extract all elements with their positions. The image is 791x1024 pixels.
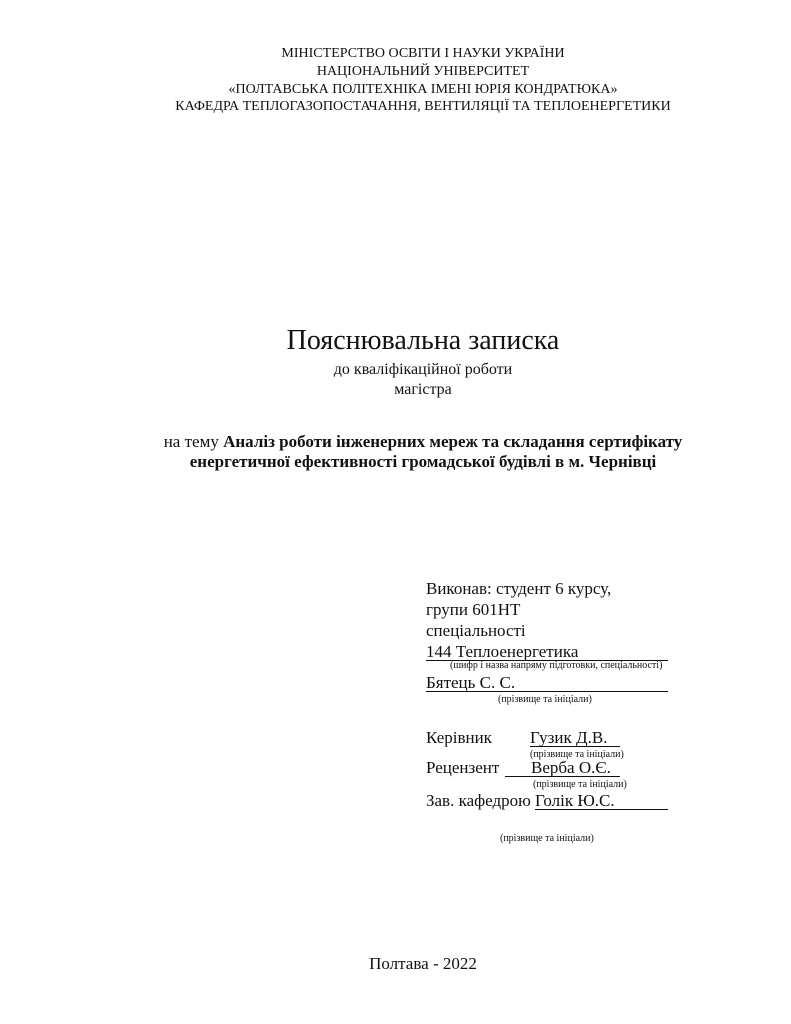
student-caption: (прізвище та ініціали) (498, 695, 592, 705)
specialty-caption: (шифр і назва напряму підготовки, спеціа… (450, 661, 662, 671)
reviewer-label: Рецензент (426, 759, 499, 776)
reviewer-name: Верба О.Є. (505, 759, 611, 776)
department-line: КАФЕДРА ТЕПЛОГАЗОПОСТАЧАННЯ, ВЕНТИЛЯЦІЇ … (175, 100, 670, 114)
supervisor-label: Керівник (426, 729, 492, 746)
supervisor-name: Гузик Д.В. (530, 729, 607, 746)
ministry-line: МІНІСТЕРСТВО ОСВІТИ І НАУКИ УКРАЇНИ (281, 47, 564, 61)
reviewer-caption: (прізвище та ініціали) (533, 780, 627, 790)
university-name-line: «ПОЛТАВСЬКА ПОЛІТЕХНІКА ІМЕНІ ЮРІЯ КОНДР… (229, 83, 618, 97)
topic-title-part-1: Аналіз роботи інженерних мереж та склада… (223, 432, 682, 451)
head-of-department-name: Голік Ю.С. (535, 792, 615, 809)
performed-by: Виконав: студент 6 курсу, (426, 580, 611, 597)
head-of-department-caption: (прізвище та ініціали) (500, 834, 594, 844)
place-and-year: Полтава - 2022 (369, 955, 477, 972)
topic-title-part-2: енергетичної ефективності громадської бу… (190, 452, 657, 471)
student-name: Бятець С. С. (426, 674, 515, 691)
student-name-field: Бятець С. С. (426, 674, 668, 692)
document-title: Пояснювальна записка (287, 327, 560, 355)
head-of-department-label: Зав. кафедрою (426, 792, 531, 809)
reviewer-field: Верба О.Є. (505, 759, 620, 777)
specialty-field: 144 Теплоенергетика (426, 643, 668, 661)
group: групи 601НТ (426, 601, 520, 618)
topic-line-1: на тему Аналіз роботи інженерних мереж т… (164, 433, 683, 450)
degree-level: магістра (394, 382, 452, 398)
topic-line-2: енергетичної ефективності громадської бу… (190, 453, 657, 470)
supervisor-field: Гузик Д.В. (530, 729, 620, 747)
head-of-department-field: Голік Ю.С. (535, 792, 668, 810)
document-subtitle: до кваліфікаційної роботи (334, 362, 512, 378)
specialty-label: спеціальності (426, 622, 526, 639)
specialty-value: 144 Теплоенергетика (426, 643, 578, 660)
topic-prefix: на тему (164, 432, 223, 451)
university-line: НАЦІОНАЛЬНИЙ УНІВЕРСИТЕТ (317, 65, 529, 79)
